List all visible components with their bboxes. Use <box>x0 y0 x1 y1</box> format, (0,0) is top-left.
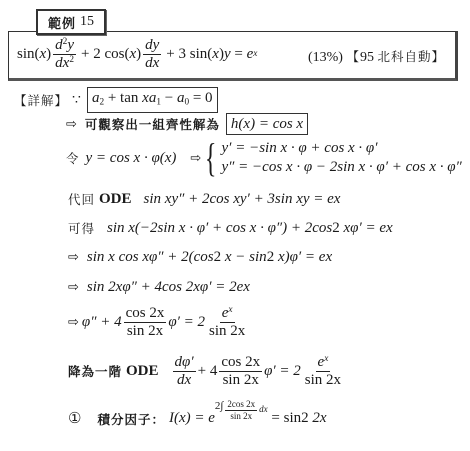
solution-header: 【詳解】 ∵ a2 + tan xa1 − a0 = 0 <box>14 87 218 113</box>
fraction-d2y-dx2: d2y dx2 <box>53 37 76 72</box>
double-angle-eq: sin 2xφ″ + 4cos 2xφ′ = 2e <box>87 279 243 296</box>
derivative-system: { y′ = −sin x · φ + cos x · φ′ y″ = −cos… <box>201 138 462 178</box>
bracket-close: 】 <box>431 49 445 64</box>
frac-den: sin 2x <box>228 411 254 421</box>
example-title-tab: 範例 15 <box>36 9 106 35</box>
fraction-dphi-dx: dφ′ dx <box>173 354 196 389</box>
frac-num: cos 2x <box>124 305 167 323</box>
simplified-eq: x − sin <box>221 249 267 266</box>
frac-var: y <box>67 37 74 53</box>
exponent: x <box>334 191 341 208</box>
integral-symbol: 2∫ <box>215 400 224 412</box>
ode-label: ODE <box>99 191 132 208</box>
exponent: 2 <box>214 249 222 266</box>
eq-var: x <box>40 46 47 63</box>
substituted-ode: sin xy″ + 2cos xy′ + 3sin xy = e <box>144 191 334 208</box>
step-prefix: 可得 <box>68 219 95 237</box>
step-substitution: 令 y = cos x · φ(x) ⇨ { y′ = −sin x · φ +… <box>66 138 462 178</box>
normalized-lhs: φ″ + 4 <box>82 314 122 331</box>
step-double-angle: ⇨ sin 2xφ″ + 4cos 2xφ′ = 2ex <box>68 279 250 296</box>
fraction-cos-over-sin: cos 2x sin 2x <box>124 305 167 340</box>
simplified-eq: sin x cos xφ″ + 2(cos <box>87 249 214 266</box>
frac-den: dx <box>145 55 159 71</box>
eq-var: y <box>224 46 231 63</box>
arrow-icon: ⇨ <box>66 117 77 132</box>
eq-term: sin( <box>17 46 40 63</box>
circled-one-marker: ① <box>68 409 81 428</box>
score-weight: (13%) <box>308 50 343 65</box>
step-homogeneous-solution: ⇨ 可觀察出一組齊性解為 h(x) = cos x <box>66 113 308 135</box>
fraction-cos-over-sin: cos 2x sin 2x <box>219 354 262 389</box>
frac-den: sin 2x <box>221 372 261 389</box>
plus-four: + 4 <box>198 363 218 380</box>
integrating-factor-label: 積分因子： <box>97 410 165 428</box>
exponent: x <box>386 220 393 237</box>
step-integrating-factor: ① 積分因子： I(x) = e 2∫ 2cos 2x sin 2x dx = … <box>68 408 327 429</box>
step-prefix: 令 <box>66 149 80 167</box>
exponent: x <box>325 249 332 266</box>
frac-den: sin 2x <box>303 372 343 389</box>
eq-equals: = <box>231 46 247 63</box>
example-number: 15 <box>80 14 94 30</box>
arrow-icon: ⇨ <box>68 315 79 330</box>
ode-label: ODE <box>126 363 159 380</box>
integrating-factor-rhs: 2x <box>309 410 327 427</box>
exponent: 2 <box>267 249 275 266</box>
step-prefix: 代回 <box>68 190 95 208</box>
frac-num: 2cos 2x <box>225 400 257 411</box>
frac-num: cos 2x <box>219 354 262 372</box>
arrow-icon: ⇨ <box>68 250 79 265</box>
eq-rhs-sup: x <box>253 49 257 59</box>
left-brace-icon: { <box>205 138 217 178</box>
problem-box: sin(x) d2y dx2 + 2 cos(x) dy dx + 3 sin(… <box>8 31 458 81</box>
because-symbol: ∵ <box>72 92 81 109</box>
frac-den: dx <box>55 55 69 71</box>
eq-var: x <box>129 46 136 63</box>
step-expanded: 可得 sin x(−2sin x · φ′ + cos x · φ″) + 2c… <box>68 219 393 237</box>
exponent-integral: 2∫ 2cos 2x sin 2x dx <box>215 400 268 421</box>
homogeneous-solution-box: h(x) = cos x <box>226 113 308 135</box>
frac-num: d <box>55 37 63 53</box>
expanded-eq: xφ′ = e <box>340 220 386 237</box>
step-first-order: 降為一階 ODE dφ′ dx + 4 cos 2x sin 2x φ′ = 2… <box>68 354 345 389</box>
arrow-icon: ⇨ <box>68 280 79 295</box>
normalized-mid: φ′ = 2 <box>168 314 205 331</box>
step-text: 可觀察出一組齊性解為 <box>85 115 220 133</box>
integrating-factor-lhs: I(x) = e <box>169 410 215 427</box>
fraction-ex-over-sin: ex sin 2x <box>207 305 247 340</box>
dx: dx <box>259 404 268 414</box>
source-name: 北科自動 <box>377 49 431 64</box>
fraction-ex-over-sin: ex sin 2x <box>303 354 343 389</box>
exponent: x <box>243 279 250 296</box>
step-prefix: 降為一階 <box>68 362 122 380</box>
fraction-dy-dx: dy dx <box>143 37 161 72</box>
eq-var: x <box>212 46 219 63</box>
document-page: 範例 15 sin(x) d2y dx2 + 2 cos(x) dy dx + … <box>0 0 470 451</box>
frac-sup: 2 <box>69 55 74 65</box>
first-derivative: y′ = −sin x · φ + cos x · φ′ <box>222 139 462 158</box>
eq-term: ) <box>136 46 141 63</box>
frac-num: dφ′ <box>173 354 196 372</box>
step-substitute-ode: 代回 ODE sin xy″ + 2cos xy′ + 3sin xy = ex <box>68 190 340 208</box>
problem-equation: sin(x) d2y dx2 + 2 cos(x) dy dx + 3 sin(… <box>17 37 257 72</box>
simplified-eq: x)φ′ = e <box>274 249 325 266</box>
exponent: 2 <box>301 410 309 427</box>
integrating-factor-rhs: = sin <box>268 410 301 427</box>
substitution-eq: y = cos x · φ(x) <box>86 150 177 167</box>
eq-term: + 2 cos( <box>81 46 129 63</box>
expanded-eq: sin x(−2sin x · φ′ + cos x · φ″) + 2cos <box>107 220 332 237</box>
frac-den: dx <box>175 372 193 389</box>
arrow-icon: ⇨ <box>190 151 201 166</box>
exponent: 2 <box>332 220 340 237</box>
second-derivative: y″ = −cos x · φ − 2sin x · φ′ + cos x · … <box>222 158 462 177</box>
bracket-open: 【 <box>346 49 360 64</box>
first-order-mid: φ′ = 2 <box>264 363 301 380</box>
frac-den: sin 2x <box>207 323 247 340</box>
solution-label: 【詳解】 <box>14 91 68 109</box>
eq-term: ) <box>46 46 51 63</box>
step-simplified: ⇨ sin x cos xφ″ + 2(cos2 x − sin2 x)φ′ =… <box>68 249 332 266</box>
step-normalized: ⇨ φ″ + 4 cos 2x sin 2x φ′ = 2 ex sin 2x <box>68 305 249 340</box>
example-label: 範例 <box>48 13 76 32</box>
frac-num: dy <box>145 37 159 53</box>
eq-term: + 3 sin( <box>166 46 212 63</box>
frac-den: sin 2x <box>125 323 165 340</box>
problem-source: (13%) 【95 北科自動】 <box>308 47 445 66</box>
source-year: 95 <box>360 50 374 65</box>
condition-box: a2 + tan xa1 − a0 = 0 <box>87 87 218 113</box>
